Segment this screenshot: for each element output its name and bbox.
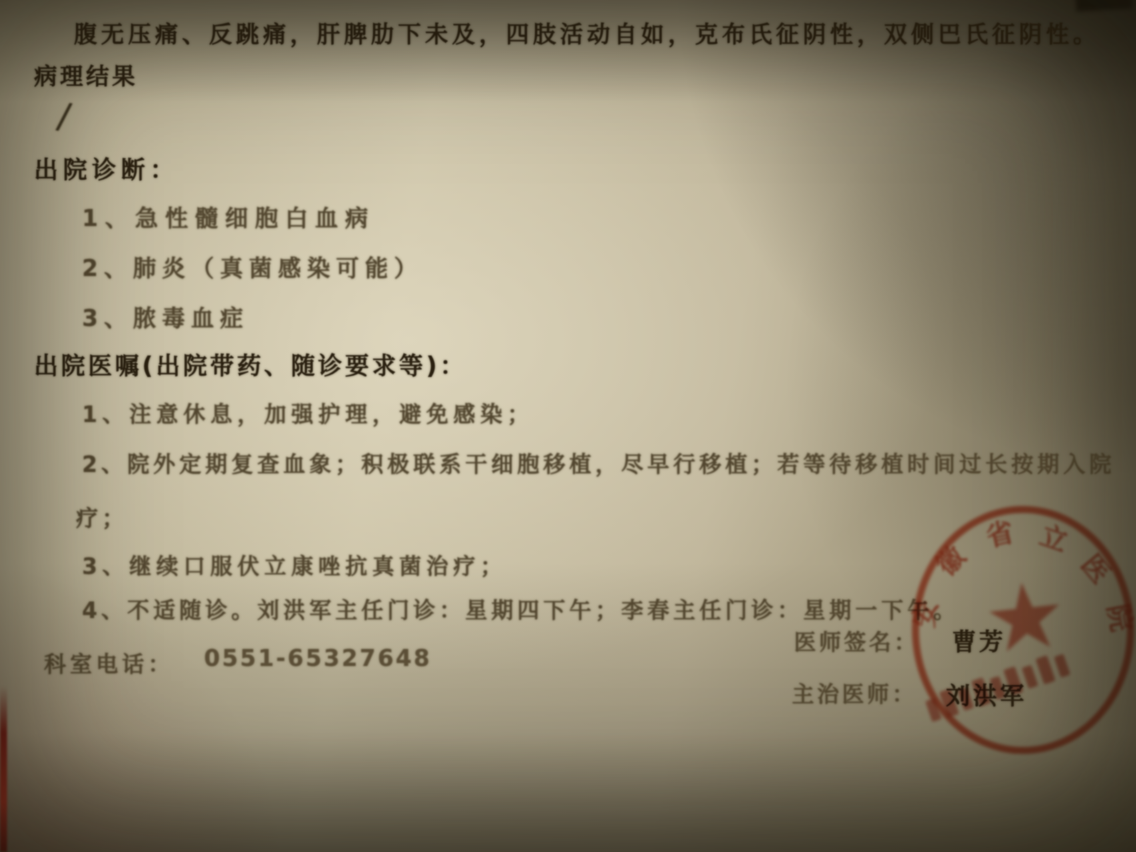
seal-overprint-mark xyxy=(971,677,991,706)
seal-overprint-mark xyxy=(1003,666,1023,695)
seal-overprint-mark xyxy=(1022,665,1039,689)
seal-overprint-mark xyxy=(1035,655,1055,684)
physical-exam-line: 腹无压痛、反跳痛，肝脾肋下未及，四肢活动自如，克布氏征阴性，双侧巴氏征阴性。 xyxy=(74,16,1100,49)
discharge-record-photo: 腹无压痛、反跳痛，肝脾肋下未及，四肢活动自如，克布氏征阴性，双侧巴氏征阴性。 病… xyxy=(0,0,1136,852)
discharge-diagnosis-heading: 出院诊断： xyxy=(34,150,179,185)
seal-overprint-mark xyxy=(1054,654,1071,678)
seal-overprint-mark xyxy=(939,688,959,717)
diagnosis-item-1: 1、急性髓细胞白血病 xyxy=(82,200,375,233)
photo-left-edge xyxy=(0,686,7,852)
order-line-1: 1、注意休息，加强护理，避免感染； xyxy=(82,398,534,429)
pathology-result-label: 病理结果 xyxy=(34,58,138,91)
seal-overprint-mark xyxy=(990,676,1007,700)
seal-overprint-mark xyxy=(925,698,942,722)
order-line-2: 2、院外定期复查血象；积极联系干细胞移植，尽早行移植；若等待移植时间过长按期入院 xyxy=(82,448,1115,479)
order-line-4: 4、不适随诊。刘洪军主任门诊：星期四下午；李春主任门诊：星期一下午。 xyxy=(82,594,959,625)
diagnosis-item-3: 3、脓毒血症 xyxy=(82,300,249,333)
hospital-round-seal: 安 徽 省 立 医 院 ★ xyxy=(912,506,1134,754)
physician-signature-label: 医师签名： xyxy=(794,626,919,657)
dept-phone-label: 科室电话： xyxy=(44,648,174,679)
dept-phone-number: 0551-65327648 xyxy=(204,646,432,672)
order-line-2-continuation: 疗； xyxy=(76,502,128,533)
discharge-orders-heading: 出院医嘱(出院带药、随诊要求等)： xyxy=(34,346,467,381)
order-line-3: 3、继续口服伏立康唑抗真菌治疗； xyxy=(82,550,507,581)
attending-physician-label: 主治医师： xyxy=(792,678,917,709)
cropped-text-artifact xyxy=(1076,0,1133,11)
seal-overprint-mark xyxy=(957,687,974,711)
diagnosis-item-2: 2、肺炎（真菌感染可能） xyxy=(82,250,423,283)
handwritten-slash-mark: / xyxy=(55,95,74,137)
